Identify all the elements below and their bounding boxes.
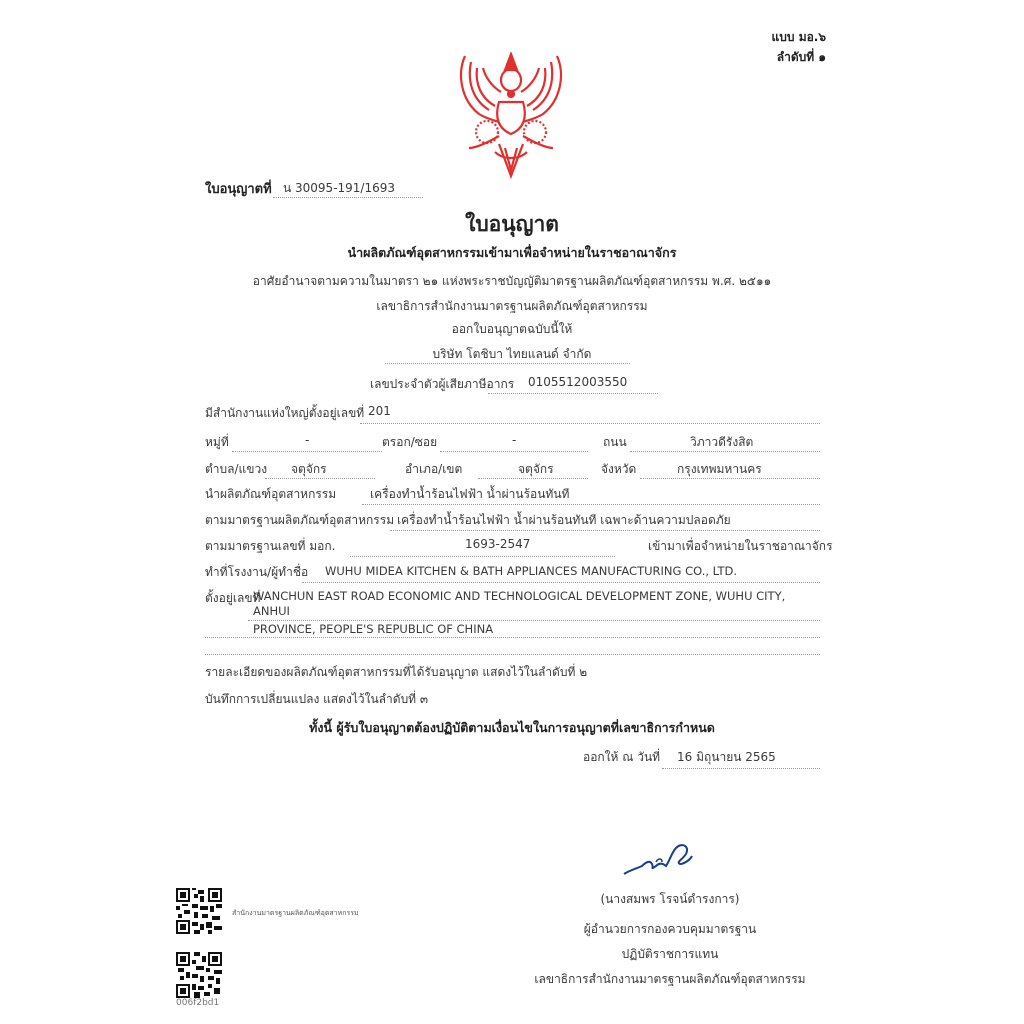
district-label: อำเภอ/เขต	[405, 460, 462, 479]
head-office-number: 201	[368, 404, 391, 418]
moo-line	[232, 451, 382, 452]
page-subtitle: นำผลิตภัณฑ์อุตสาหกรรมเข้ามาเพื่อจำหน่ายใ…	[0, 243, 1024, 263]
garuda-emblem-icon	[455, 52, 567, 180]
issue-to-text: ออกใบอนุญาตฉบับนี้ให้	[0, 320, 1024, 339]
soi-value: -	[512, 433, 516, 447]
form-code: แบบ มอ.๖	[772, 28, 826, 47]
standard-number-value: 1693-2547	[465, 537, 530, 551]
manufacturer-line	[302, 582, 820, 583]
qr-code-icon[interactable]	[176, 888, 222, 934]
factory-address-line2: ANHUI	[253, 604, 290, 618]
standard-number-line	[350, 556, 615, 557]
province-label: จังหวัด	[601, 460, 636, 479]
soi-label: ตรอก/ซอย	[382, 433, 437, 452]
factory-address-line3: PROVINCE, PEOPLE'S REPUBLIC OF CHINA	[253, 622, 493, 636]
qr-caption: สำนักงานมาตรฐานผลิตภัณฑ์อุตสาหกรรม	[232, 908, 359, 919]
standard-number-suffix: เข้ามาเพื่อจำหน่ายในราชอาณาจักร	[648, 537, 833, 556]
head-office-label: มีสำนักงานแห่งใหญ่ตั้งอยู่เลขที่	[205, 404, 364, 423]
manufacturer-label: ทำที่โรงงาน/ผู้ทำชื่อ	[205, 563, 308, 582]
licensee-line	[385, 363, 630, 364]
standard-number-label: ตามมาตรฐานเลขที่ มอก.	[205, 537, 335, 556]
province-line	[640, 478, 820, 479]
standard-label: ตามมาตรฐานผลิตภัณฑ์อุตสาหกรรม	[205, 511, 394, 530]
product-label: นำผลิตภัณฑ์อุตสาหกรรม	[205, 485, 336, 504]
manufacturer-value: WUHU MIDEA KITCHEN & BATH APPLIANCES MAN…	[325, 564, 737, 578]
license-number-value: น 30095-191/1693	[283, 179, 395, 198]
road-value: วิภาวดีรังสิต	[690, 433, 753, 452]
moo-value: -	[305, 433, 309, 447]
factory-address-line-a	[248, 620, 820, 621]
signer-position-3: เลขาธิการสำนักงานมาตรฐานผลิตภัณฑ์อุตสาหก…	[505, 970, 835, 989]
district-line	[478, 478, 588, 479]
factory-address-line-c	[205, 654, 820, 655]
standard-value: เครื่องทำน้ำร้อนไฟฟ้า น้ำผ่านร้อนทันที เ…	[397, 511, 731, 530]
issue-date-value: 16 มิถุนายน 2565	[677, 748, 776, 767]
product-value: เครื่องทำน้ำร้อนไฟฟ้า น้ำผ่านร้อนทันที	[370, 485, 569, 504]
authority-text: อาศัยอำนาจตามความในมาตรา ๒๑ แห่งพระราชบั…	[0, 272, 1024, 291]
conditions-note: ทั้งนี้ ผู้รับใบอนุญาตต้องปฏิบัติตามเงื่…	[0, 718, 1024, 738]
subdistrict-value: จตุจักร	[291, 460, 327, 479]
issue-date-label: ออกให้ ณ วันที่	[583, 748, 660, 767]
document-code: 006f2bd1	[176, 998, 219, 1008]
issue-date-line	[662, 768, 820, 769]
signer-name: (นางสมพร โรจน์ดำรงการ)	[520, 890, 820, 909]
tax-id-label: เลขประจำตัวผู้เสียภาษีอากร	[370, 375, 514, 394]
license-number-line	[273, 197, 423, 198]
tax-id-line	[488, 393, 658, 394]
road-label: ถนน	[603, 433, 627, 452]
factory-address-line-b	[205, 637, 820, 638]
qr-code-icon-2[interactable]	[176, 952, 222, 998]
standard-line	[390, 530, 820, 531]
subdistrict-line	[265, 478, 375, 479]
province-value: กรุงเทพมหานคร	[677, 460, 762, 479]
details-note: รายละเอียดของผลิตภัณฑ์อุตสาหกรรมที่ได้รั…	[205, 663, 587, 682]
license-number-label: ใบอนุญาตที่	[205, 178, 272, 199]
changes-note: บันทึกการเปลี่ยนแปลง แสดงไว้ในลำดับที่ ๓	[205, 690, 428, 709]
issuer-text: เลขาธิการสำนักงานมาตรฐานผลิตภัณฑ์อุตสาหก…	[0, 297, 1024, 316]
moo-label: หมู่ที่	[205, 433, 229, 452]
page-title: ใบอนุญาต	[0, 208, 1024, 241]
product-line	[362, 504, 820, 505]
form-sequence: ลำดับที่ ๑	[777, 48, 826, 67]
subdistrict-label: ตำบล/แขวง	[205, 460, 267, 479]
road-line	[630, 451, 820, 452]
head-office-line	[360, 423, 820, 424]
signature-icon	[620, 840, 695, 880]
licensee-name: บริษัท โตชิบา ไทยแลนด์ จำกัด	[0, 345, 1024, 364]
tax-id-value: 0105512003550	[528, 375, 627, 389]
factory-address-line1: WANCHUN EAST ROAD ECONOMIC AND TECHNOLOG…	[253, 589, 785, 603]
signer-position-2: ปฏิบัติราชการแทน	[520, 945, 820, 964]
signer-position-1: ผู้อำนวยการกองควบคุมมาตรฐาน	[520, 920, 820, 939]
district-value: จตุจักร	[518, 460, 554, 479]
soi-line	[440, 451, 588, 452]
